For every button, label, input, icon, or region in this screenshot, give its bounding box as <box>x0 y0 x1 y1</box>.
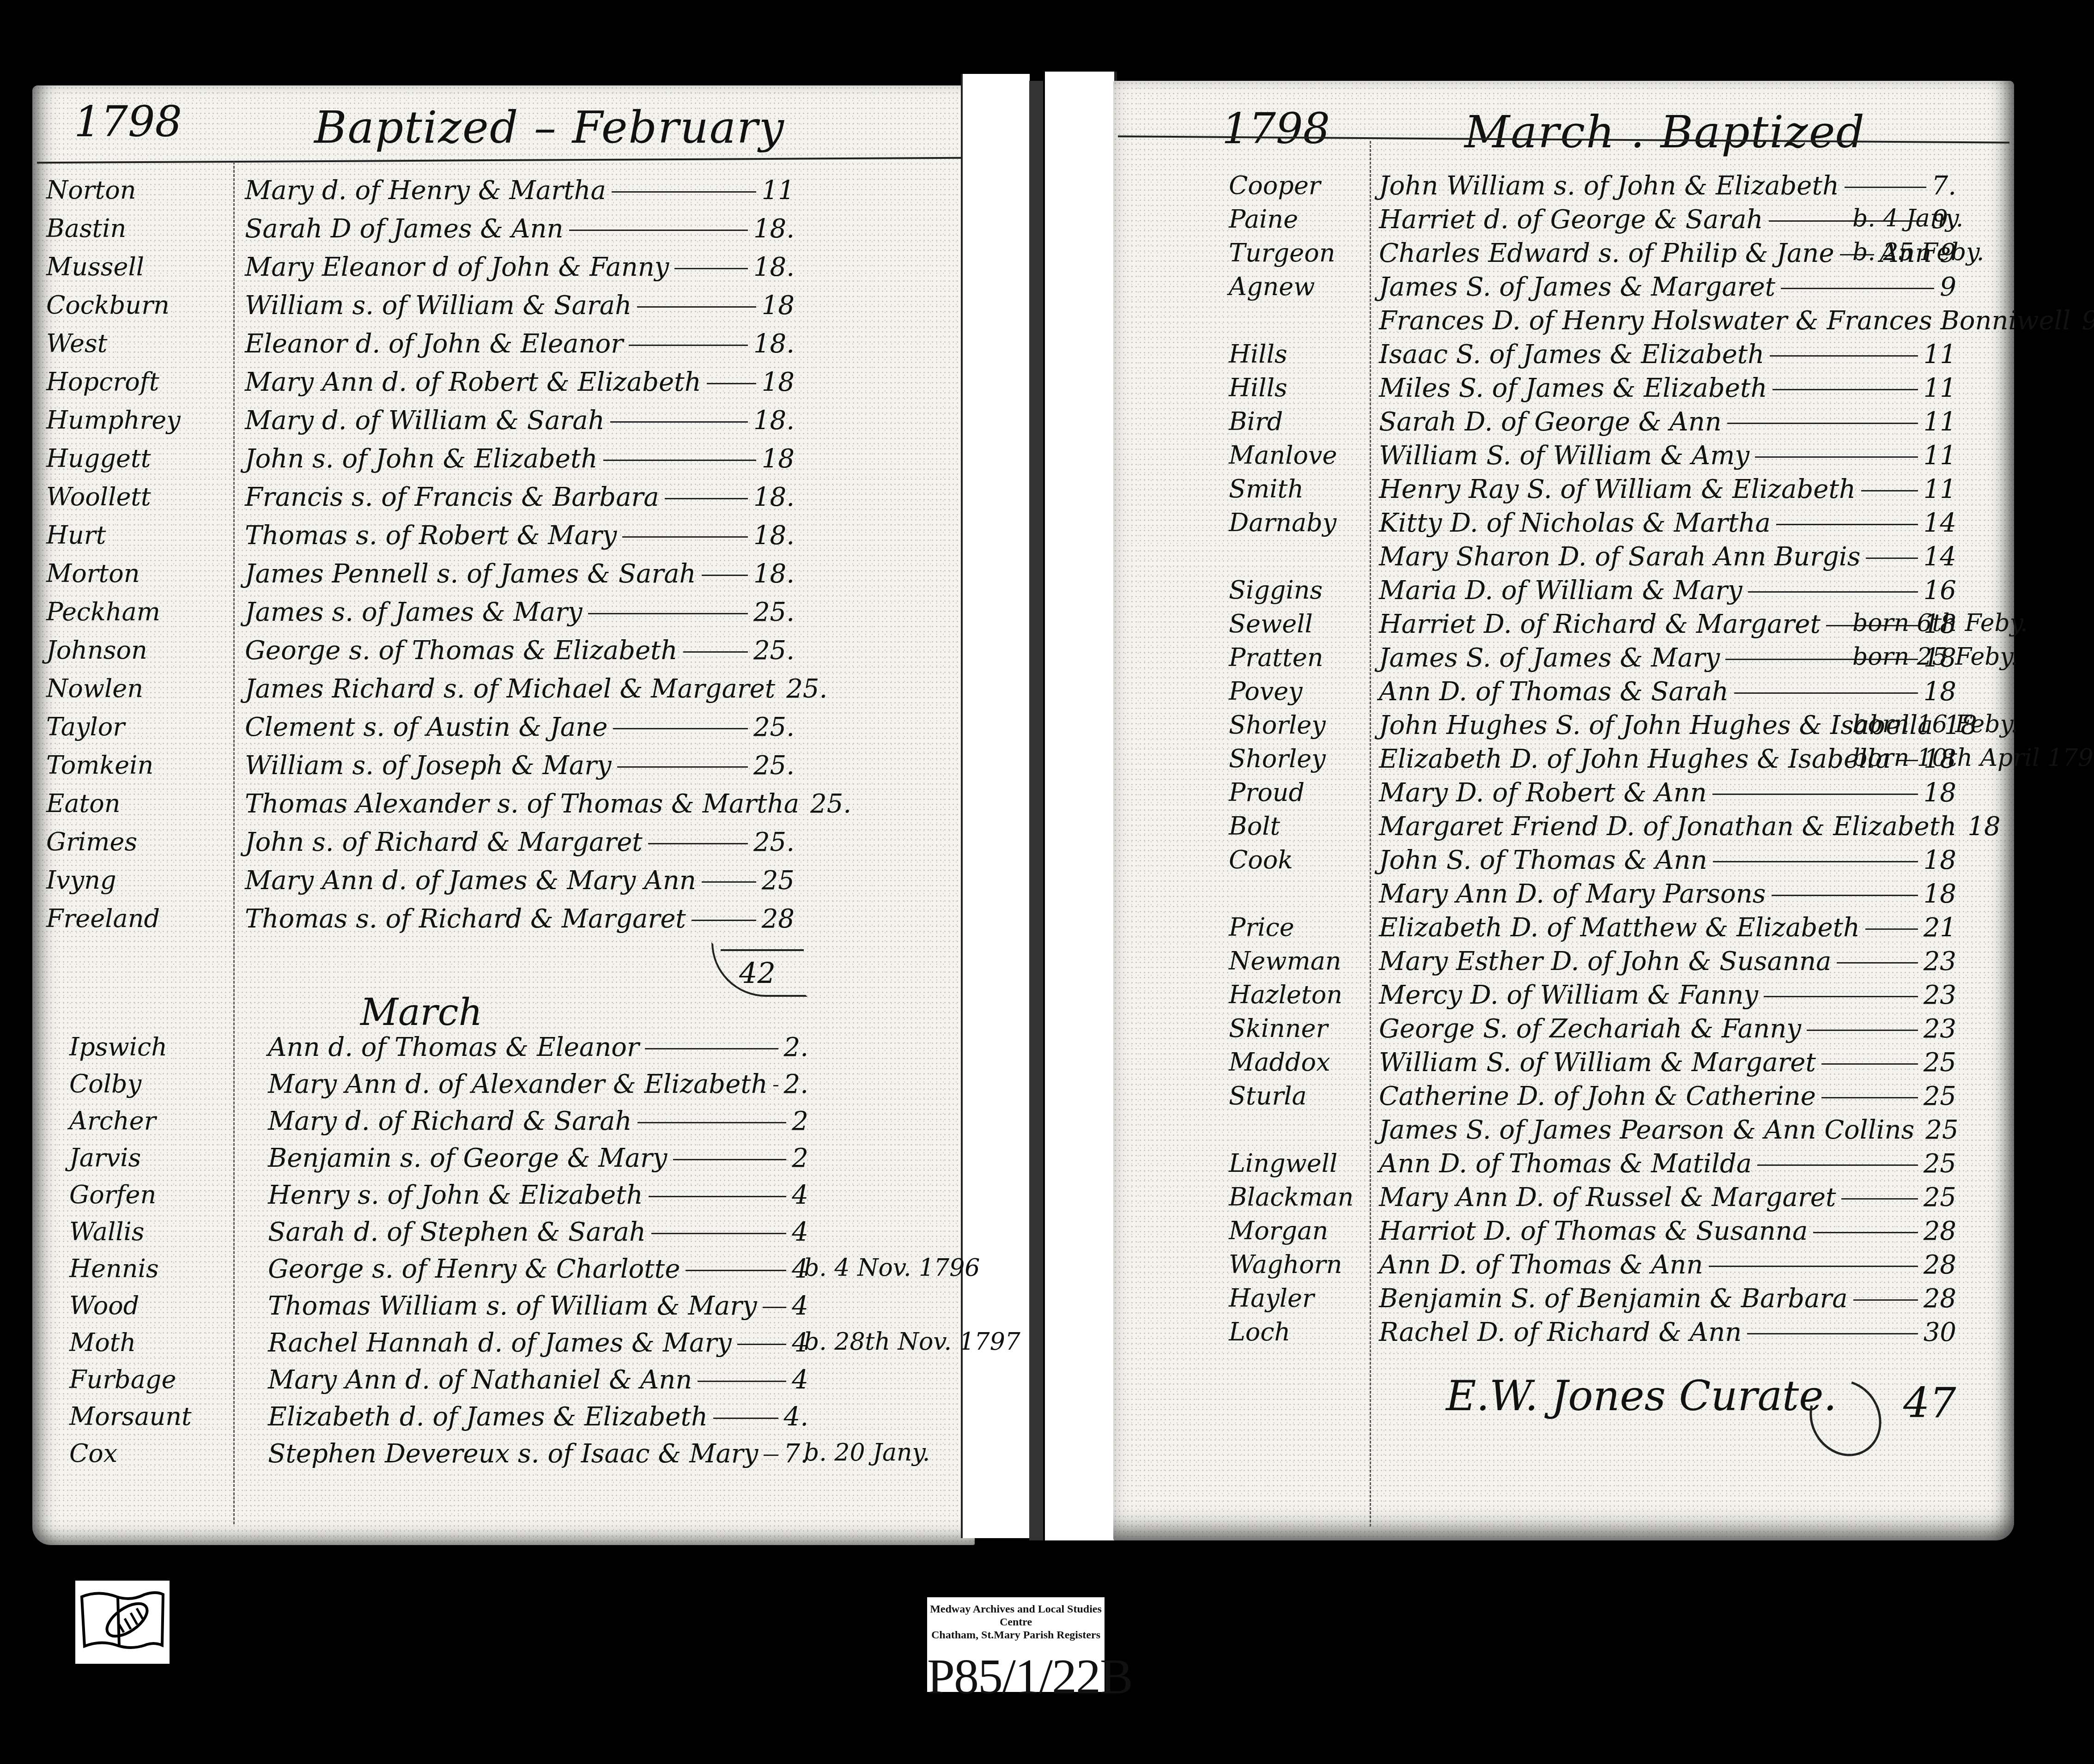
baptism-entry: Rachel Hannah d. of James & Mary4 <box>268 1328 808 1358</box>
baptism-entry: Kitty D. of Nicholas & Martha14 <box>1379 508 1956 538</box>
entry-text: Mary D. of Robert & Ann <box>1379 778 1707 808</box>
baptism-entry: Thomas William s. of William & Mary4 <box>268 1291 808 1321</box>
entry-leader-line <box>617 766 748 768</box>
entry-birth-note: b. 4 Jany. <box>1852 205 1963 232</box>
entry-surname: Mussell <box>46 252 144 281</box>
entry-surname: Ivyng <box>46 866 116 895</box>
register-name: Chatham, St.Mary Parish Registers <box>927 1629 1105 1642</box>
entry-surname: Hopcroft <box>46 367 159 396</box>
entry-leader-line <box>665 498 748 499</box>
entry-birth-note: born 16 Feby. <box>1852 710 2018 738</box>
entry-day: 18 <box>1924 845 1956 875</box>
entry-day: 28 <box>1924 1284 1956 1314</box>
entry-surname: Shorley <box>1229 710 1326 740</box>
entry-leader-line <box>648 843 748 844</box>
entry-day: 14 <box>1924 542 1956 572</box>
entry-leader-line <box>613 728 748 729</box>
baptism-entry: Ann D. of Thomas & Matilda25 <box>1379 1149 1956 1179</box>
entry-leader-line <box>1734 692 1918 694</box>
entry-text: Elizabeth D. of Matthew & Elizabeth <box>1379 913 1860 943</box>
entry-text: James Pennell s. of James & Sarah <box>245 559 696 589</box>
entry-day: 25. <box>753 827 795 857</box>
entry-day: 18. <box>753 329 795 359</box>
entry-text: Ann D. of Thomas & Sarah <box>1379 677 1729 707</box>
entry-surname: Lingwell <box>1229 1149 1337 1178</box>
entry-leader-line <box>737 1344 787 1345</box>
entry-day: 23 <box>1924 946 1956 976</box>
entry-day: 25 <box>1925 1115 1958 1145</box>
entry-surname: Moth <box>69 1328 136 1357</box>
entry-leader-line <box>686 1270 786 1271</box>
entry-birth-note: born 25 Feby. <box>1852 643 2018 671</box>
entry-leader-line <box>645 1048 778 1049</box>
entry-surname: Jarvis <box>69 1143 141 1172</box>
archive-reference-label: Medway Archives and Local Studies Centre… <box>927 1597 1105 1692</box>
baptism-entry: Clement s. of Austin & Jane25. <box>245 712 795 742</box>
entry-day: 11 <box>1924 407 1956 437</box>
entry-day: 25. <box>753 597 795 627</box>
entry-text: John S. of Thomas & Ann <box>1379 845 1707 875</box>
entry-leader-line <box>1813 1232 1918 1233</box>
baptism-entry: James Pennell s. of James & Sarah18. <box>245 559 795 589</box>
entry-surname: Cook <box>1229 845 1293 874</box>
entry-leader-line <box>1861 490 1918 491</box>
entry-surname: Grimes <box>46 827 137 856</box>
entry-text: James Richard s. of Michael & Margaret <box>245 674 775 704</box>
entry-leader-line <box>637 1122 787 1123</box>
baptism-entry: Sarah D of James & Ann18. <box>245 214 795 244</box>
entry-day: 2 <box>792 1143 808 1173</box>
right-column-divider <box>1370 141 1372 1527</box>
entry-text: Thomas William s. of William & Mary <box>268 1291 757 1321</box>
baptism-entry: Rachel D. of Richard & Ann30 <box>1379 1317 1956 1347</box>
entry-surname: Cox <box>69 1439 117 1468</box>
entry-day: 25. <box>810 789 851 819</box>
entry-surname: Wallis <box>69 1217 145 1246</box>
entry-day: 18. <box>753 252 795 282</box>
entry-leader-line <box>1807 1030 1918 1031</box>
open-book-with-hand-icon <box>75 1581 170 1664</box>
curate-signature: E.W. Jones Curate. <box>1446 1372 1837 1420</box>
baptism-entry: Sarah d. of Stephen & Sarah4 <box>268 1217 808 1247</box>
entry-surname: Turgeon <box>1229 238 1335 267</box>
entry-text: Henry Ray S. of William & Elizabeth <box>1379 474 1856 504</box>
entry-leader-line <box>588 613 748 614</box>
entry-text: Clement s. of Austin & Jane <box>245 712 607 742</box>
entry-day: 4 <box>792 1291 808 1321</box>
baptism-entry: William s. of Joseph & Mary25. <box>245 751 795 781</box>
entry-text: Mary Ann D. of Mary Parsons <box>1379 879 1766 909</box>
baptism-entry: Catherine D. of John & Catherine25 <box>1379 1081 1956 1111</box>
entry-day: 18 <box>1924 677 1956 707</box>
entry-text: Sarah D of James & Ann <box>245 214 564 244</box>
entry-leader-line <box>603 460 756 461</box>
entry-day: 11 <box>1924 339 1956 370</box>
entry-day: 18. <box>753 559 795 589</box>
entry-leader-line <box>692 920 756 921</box>
entry-leader-line <box>1764 996 1918 997</box>
entry-surname: Woollett <box>46 482 151 511</box>
entry-day: 4 <box>792 1365 808 1395</box>
entry-text: Mary d. of Henry & Martha <box>245 176 606 206</box>
entry-day: 30 <box>1924 1317 1956 1347</box>
entry-leader-line <box>1837 962 1918 964</box>
entry-surname: Shorley <box>1229 744 1326 773</box>
entry-day: 18. <box>753 214 795 244</box>
entry-leader-line <box>674 268 747 269</box>
baptism-entry: Benjamin s. of George & Mary2 <box>268 1143 808 1173</box>
entry-leader-line <box>773 1085 778 1086</box>
entry-text: Frances D. of Henry Holswater & Frances … <box>1379 306 2070 336</box>
archive-name: Medway Archives and Local Studies Centre <box>927 1603 1105 1629</box>
entry-surname: Gorfen <box>69 1180 156 1209</box>
baptism-entry: George S. of Zechariah & Fanny23 <box>1379 1014 1956 1044</box>
entry-day: 25. <box>753 636 795 666</box>
entry-day: 23 <box>1924 1014 1956 1044</box>
entry-day: 25. <box>753 751 795 781</box>
baptism-entry: Francis s. of Francis & Barbara18. <box>245 482 795 512</box>
entry-day: 4 <box>792 1217 808 1247</box>
baptism-entry: Thomas Alexander s. of Thomas & Martha25… <box>245 789 795 819</box>
entry-day: 2. <box>784 1032 808 1062</box>
entry-leader-line <box>1841 1198 1918 1200</box>
entry-day: 25 <box>1924 1182 1956 1212</box>
entry-day: 18. <box>753 521 795 551</box>
entry-text: Rachel Hannah d. of James & Mary <box>268 1328 732 1358</box>
entry-text: Mary Ann d. of Robert & Elizabeth <box>245 367 701 397</box>
entry-text: Mary Ann d. of James & Mary Ann <box>245 866 696 896</box>
baptism-entry: Mary Ann D. of Russel & Margaret25 <box>1379 1182 1956 1212</box>
entry-day: 18. <box>753 482 795 512</box>
baptism-entry: Elizabeth D. of Matthew & Elizabeth21 <box>1379 913 1956 943</box>
entry-text: Benjamin s. of George & Mary <box>268 1143 668 1173</box>
entry-surname: Sewell <box>1229 609 1313 638</box>
entry-leader-line <box>610 421 748 423</box>
entry-birth-note: b. 4 Nov. 1796 <box>804 1254 980 1282</box>
entry-leader-line <box>1845 187 1926 188</box>
entry-text: James S. of James & Mary <box>1379 643 1720 673</box>
entry-birth-note: born 10th April 1790 <box>1852 744 2094 772</box>
entry-day: 2 <box>792 1106 808 1136</box>
entry-text: Rachel D. of Richard & Ann <box>1379 1317 1742 1347</box>
left-column-divider <box>233 162 236 1524</box>
entry-leader-line <box>1865 928 1918 930</box>
baptism-entry: Eleanor d. of John & Eleanor18. <box>245 329 795 359</box>
entry-leader-line <box>651 1233 786 1234</box>
entry-leader-line <box>1770 355 1918 357</box>
entry-leader-line <box>1712 794 1918 795</box>
baptism-entry: James S. of James Pearson & Ann Collins2… <box>1379 1115 1956 1145</box>
entry-text: Mercy D. of William & Fanny <box>1379 980 1758 1010</box>
entry-surname: Morsaunt <box>69 1402 192 1431</box>
baptism-entry: Mary Esther D. of John & Susanna23 <box>1379 946 1956 976</box>
entry-day: 18 <box>762 291 795 321</box>
entry-day: 11 <box>1924 373 1956 403</box>
baptism-entry: George s. of Thomas & Elizabeth25. <box>245 636 795 666</box>
entry-day: 25 <box>1924 1149 1956 1179</box>
baptism-entry: Maria D. of William & Mary16 <box>1379 576 1956 606</box>
entry-text: Henry s. of John & Elizabeth <box>268 1180 643 1210</box>
entry-text: Elizabeth d. of James & Elizabeth <box>268 1402 708 1432</box>
entry-leader-line <box>637 306 756 308</box>
entry-text: Mary Esther D. of John & Susanna <box>1379 946 1831 976</box>
entry-text: Mary Ann d. of Nathaniel & Ann <box>268 1365 692 1395</box>
entry-day: 7. <box>1932 171 1956 201</box>
entry-surname: Bird <box>1229 407 1283 436</box>
entry-day: 9 <box>2082 306 2094 336</box>
entry-text: John s. of Richard & Margaret <box>245 827 643 857</box>
entry-leader-line <box>1853 1299 1918 1301</box>
archive-reference-number: P85/1/22B <box>927 1652 1105 1703</box>
entry-surname: Tomkein <box>46 751 153 780</box>
entry-text: Ann D. of Thomas & Matilda <box>1379 1149 1752 1179</box>
entry-text: Margaret Friend D. of Jonathan & Elizabe… <box>1379 812 1956 842</box>
entry-surname: Agnew <box>1229 272 1315 301</box>
book-gutter-left <box>961 74 1030 1538</box>
entry-day: 18 <box>1967 812 2000 842</box>
entry-leader-line <box>1821 1097 1918 1098</box>
book-gutter-right <box>1045 72 1117 1540</box>
entry-text: Mary Sharon D. of Sarah Ann Burgis <box>1379 542 1860 572</box>
entry-day: 4. <box>784 1402 808 1432</box>
entry-day: 9 <box>1940 272 1956 302</box>
entry-text: William s. of Joseph & Mary <box>245 751 612 781</box>
entry-text: Isaac S. of James & Elizabeth <box>1379 339 1764 370</box>
baptism-entry: Mary Eleanor d of John & Fanny18. <box>245 252 795 282</box>
entry-surname: Wood <box>69 1291 139 1320</box>
baptism-entry: Mary d. of Richard & Sarah2 <box>268 1106 808 1136</box>
entry-surname: Newman <box>1229 946 1341 976</box>
entry-text: Stephen Devereux s. of Isaac & Mary <box>268 1439 758 1469</box>
entry-leader-line <box>1781 288 1934 289</box>
entry-surname: Sturla <box>1229 1081 1307 1110</box>
entry-text: Thomas s. of Richard & Margaret <box>245 904 686 934</box>
entry-leader-line <box>683 651 748 653</box>
entry-birth-note: b. 25 Feby. <box>1852 238 1984 266</box>
entry-text: James S. of James & Margaret <box>1379 272 1775 302</box>
entry-surname: Furbage <box>69 1365 176 1394</box>
baptism-entry: James s. of James & Mary25. <box>245 597 795 627</box>
entry-text: Mary Eleanor d of John & Fanny <box>245 252 669 282</box>
baptism-entry: Mary Sharon D. of Sarah Ann Burgis14 <box>1379 542 1956 572</box>
entry-leader-line <box>1821 1063 1918 1065</box>
entry-day: 25. <box>753 712 795 742</box>
baptism-entry: Benjamin S. of Benjamin & Barbara28 <box>1379 1284 1956 1314</box>
baptism-entry: Ann d. of Thomas & Eleanor2. <box>268 1032 808 1062</box>
entry-day: 25 <box>1924 1048 1956 1078</box>
baptism-entry: Margaret Friend D. of Jonathan & Elizabe… <box>1379 812 1956 842</box>
right-page-year: 1798 <box>1222 104 1330 153</box>
entry-surname: Colby <box>69 1069 141 1098</box>
baptism-entry: John s. of John & Elizabeth18 <box>245 444 795 474</box>
entry-surname: Nowlen <box>46 674 143 703</box>
entry-leader-line <box>673 1159 787 1160</box>
entry-surname: Smith <box>1229 474 1304 503</box>
baptism-entry: William s. of William & Sarah18 <box>245 291 795 321</box>
entry-leader-line <box>764 1455 778 1456</box>
entry-surname: Povey <box>1229 677 1303 706</box>
baptism-entry: Mary D. of Robert & Ann18 <box>1379 778 1956 808</box>
entry-surname: Maddox <box>1229 1048 1330 1077</box>
entry-leader-line <box>707 383 756 384</box>
entry-leader-line <box>1772 389 1918 390</box>
entry-day: 16 <box>1924 576 1956 606</box>
entry-text: William S. of William & Margaret <box>1379 1048 1816 1078</box>
entry-text: Elizabeth D. of John Hughes & Isabella <box>1379 744 1891 774</box>
baptism-entry: Thomas s. of Richard & Margaret28 <box>245 904 795 934</box>
left-page-heading: Baptized – February <box>314 102 785 153</box>
entry-text: John Hughes S. of John Hughes & Isabella <box>1379 710 1933 740</box>
entry-surname: Cockburn <box>46 291 170 320</box>
right-page-heading: March . Baptized <box>1464 106 1865 158</box>
baptism-entry: John S. of Thomas & Ann18 <box>1379 845 1956 875</box>
entry-leader-line <box>1866 558 1918 559</box>
entry-text: James S. of James Pearson & Ann Collins <box>1379 1115 1914 1145</box>
entry-text: Charles Edward s. of Philip & Jane <box>1379 238 1834 268</box>
entry-text: Catherine D. of John & Catherine <box>1379 1081 1816 1111</box>
entry-day: 11 <box>1924 441 1956 471</box>
entry-text: William S. of William & Amy <box>1379 441 1749 471</box>
entry-day: 18 <box>1924 879 1956 909</box>
entry-day: 11 <box>1924 474 1956 504</box>
entry-leader-line <box>763 1307 787 1308</box>
entry-surname: Freeland <box>46 904 160 933</box>
left-page-year: 1798 <box>74 97 182 146</box>
entry-surname: Blackman <box>1229 1182 1354 1212</box>
baptism-entry: Mary Ann D. of Mary Parsons18 <box>1379 879 1956 909</box>
entry-surname: Hurt <box>46 521 106 550</box>
entry-leader-line <box>629 345 748 346</box>
entry-text: Sarah D. of George & Ann <box>1379 407 1722 437</box>
entry-surname: Proud <box>1229 778 1305 807</box>
entry-text: Kitty D. of Nicholas & Martha <box>1379 508 1771 538</box>
entry-text: Benjamin S. of Benjamin & Barbara <box>1379 1284 1848 1314</box>
entry-leader-line <box>702 881 756 883</box>
entry-surname: Archer <box>69 1106 156 1135</box>
entry-text: Francis s. of Francis & Barbara <box>245 482 659 512</box>
entry-text: Thomas s. of Robert & Mary <box>245 521 617 551</box>
baptism-entry: James S. of James & Margaret9 <box>1379 272 1956 302</box>
baptism-entry: John William s. of John & Elizabeth7. <box>1379 171 1956 201</box>
entry-text: Ann d. of Thomas & Eleanor <box>268 1032 639 1062</box>
entry-leader-line <box>1755 456 1918 458</box>
entry-surname: Price <box>1229 913 1294 942</box>
entry-surname: Taylor <box>46 712 125 741</box>
entry-day: 18. <box>753 406 795 436</box>
entry-day: 18 <box>1924 778 1956 808</box>
entry-text: George s. of Henry & Charlotte <box>268 1254 680 1284</box>
baptism-entry: Mary Ann d. of Robert & Elizabeth18 <box>245 367 795 397</box>
entry-surname: Hills <box>1229 339 1287 369</box>
entry-day: 4 <box>792 1180 808 1210</box>
entry-day: 18 <box>762 444 795 474</box>
baptism-entry: William S. of William & Amy11 <box>1379 441 1956 471</box>
entry-surname: Waghorn <box>1229 1250 1342 1279</box>
entry-birth-note: born 6th Feby. <box>1852 609 2028 637</box>
entry-day: 14 <box>1924 508 1956 538</box>
entry-surname: Loch <box>1229 1317 1290 1346</box>
entry-surname: Hazleton <box>1229 980 1342 1009</box>
entry-surname: Paine <box>1229 205 1298 234</box>
entry-surname: Siggins <box>1229 576 1323 605</box>
entry-leader-line <box>1713 861 1918 862</box>
entry-text: George s. of Thomas & Elizabeth <box>245 636 678 666</box>
entry-leader-line <box>702 575 748 576</box>
baptism-entry: Mercy D. of William & Fanny23 <box>1379 980 1956 1010</box>
entry-text: Harriet d. of George & Sarah <box>1379 205 1763 235</box>
book-spine <box>1029 81 1043 1540</box>
baptism-entry: Mary Ann d. of James & Mary Ann25 <box>245 866 795 896</box>
entry-leader-line <box>713 1418 778 1419</box>
entry-day: 25. <box>786 674 827 704</box>
entry-surname: Johnson <box>46 636 147 665</box>
march-subheading: March <box>360 991 482 1034</box>
baptism-entry: Thomas s. of Robert & Mary18. <box>245 521 795 551</box>
entry-leader-line <box>1772 895 1918 896</box>
entry-surname: Morton <box>46 559 140 588</box>
entry-surname: Pratten <box>1229 643 1323 672</box>
entry-day: 25 <box>1924 1081 1956 1111</box>
entry-leader-line <box>1748 591 1918 593</box>
entry-text: John s. of John & Elizabeth <box>245 444 598 474</box>
entry-day: 18 <box>762 367 795 397</box>
entry-text: George S. of Zechariah & Fanny <box>1379 1014 1801 1044</box>
entry-birth-note: b. 28th Nov. 1797 <box>804 1328 1020 1356</box>
entry-surname: Morgan <box>1229 1216 1328 1245</box>
entry-leader-line <box>1709 1266 1918 1267</box>
entry-text: James s. of James & Mary <box>245 597 583 627</box>
entry-text: William s. of William & Sarah <box>245 291 631 321</box>
baptism-entry: Harriot D. of Thomas & Susanna28 <box>1379 1216 1956 1246</box>
entry-text: Mary Ann d. of Alexander & Elizabeth <box>268 1069 768 1099</box>
entry-surname: Hills <box>1229 373 1287 402</box>
entry-text: Ann D. of Thomas & Ann <box>1379 1250 1703 1280</box>
entry-surname: Manlove <box>1229 441 1337 470</box>
baptism-entry: John s. of Richard & Margaret25. <box>245 827 795 857</box>
entry-leader-line <box>612 191 756 193</box>
entry-leader-line <box>1747 1333 1918 1334</box>
baptism-entry: William S. of William & Margaret25 <box>1379 1048 1956 1078</box>
baptism-entry: Sarah D. of George & Ann11 <box>1379 407 1956 437</box>
entry-text: Sarah d. of Stephen & Sarah <box>268 1217 646 1247</box>
entry-surname: Norton <box>46 176 136 205</box>
entry-surname: West <box>46 329 107 358</box>
entry-text: Maria D. of William & Mary <box>1379 576 1742 606</box>
entry-surname: Cooper <box>1229 171 1321 200</box>
entry-surname: Skinner <box>1229 1014 1328 1043</box>
entry-surname: Humphrey <box>46 406 181 435</box>
entry-leader-line <box>1776 524 1918 525</box>
baptism-entry: Ann D. of Thomas & Sarah18 <box>1379 677 1956 707</box>
entry-text: Harriot D. of Thomas & Susanna <box>1379 1216 1808 1246</box>
entry-day: 11 <box>762 176 795 206</box>
entry-day: 28 <box>1924 1216 1956 1246</box>
entry-text: Eleanor d. of John & Eleanor <box>245 329 623 359</box>
entry-surname: Bolt <box>1229 812 1280 841</box>
entry-text: Mary d. of Richard & Sarah <box>268 1106 632 1136</box>
entry-day: 28 <box>762 904 795 934</box>
entry-day: 28 <box>1924 1250 1956 1280</box>
entry-day: 21 <box>1924 913 1956 943</box>
baptism-entry: George s. of Henry & Charlotte4 <box>268 1254 808 1284</box>
baptism-entry: Isaac S. of James & Elizabeth11 <box>1379 339 1956 370</box>
baptism-entry: James Richard s. of Michael & Margaret25… <box>245 674 795 704</box>
entry-surname: Huggett <box>46 444 151 473</box>
entry-leader-line <box>1757 1164 1918 1166</box>
baptism-entry: Miles S. of James & Elizabeth11 <box>1379 373 1956 403</box>
entry-surname: Hayler <box>1229 1284 1314 1313</box>
baptism-entry: Stephen Devereux s. of Isaac & Mary7. <box>268 1439 808 1469</box>
